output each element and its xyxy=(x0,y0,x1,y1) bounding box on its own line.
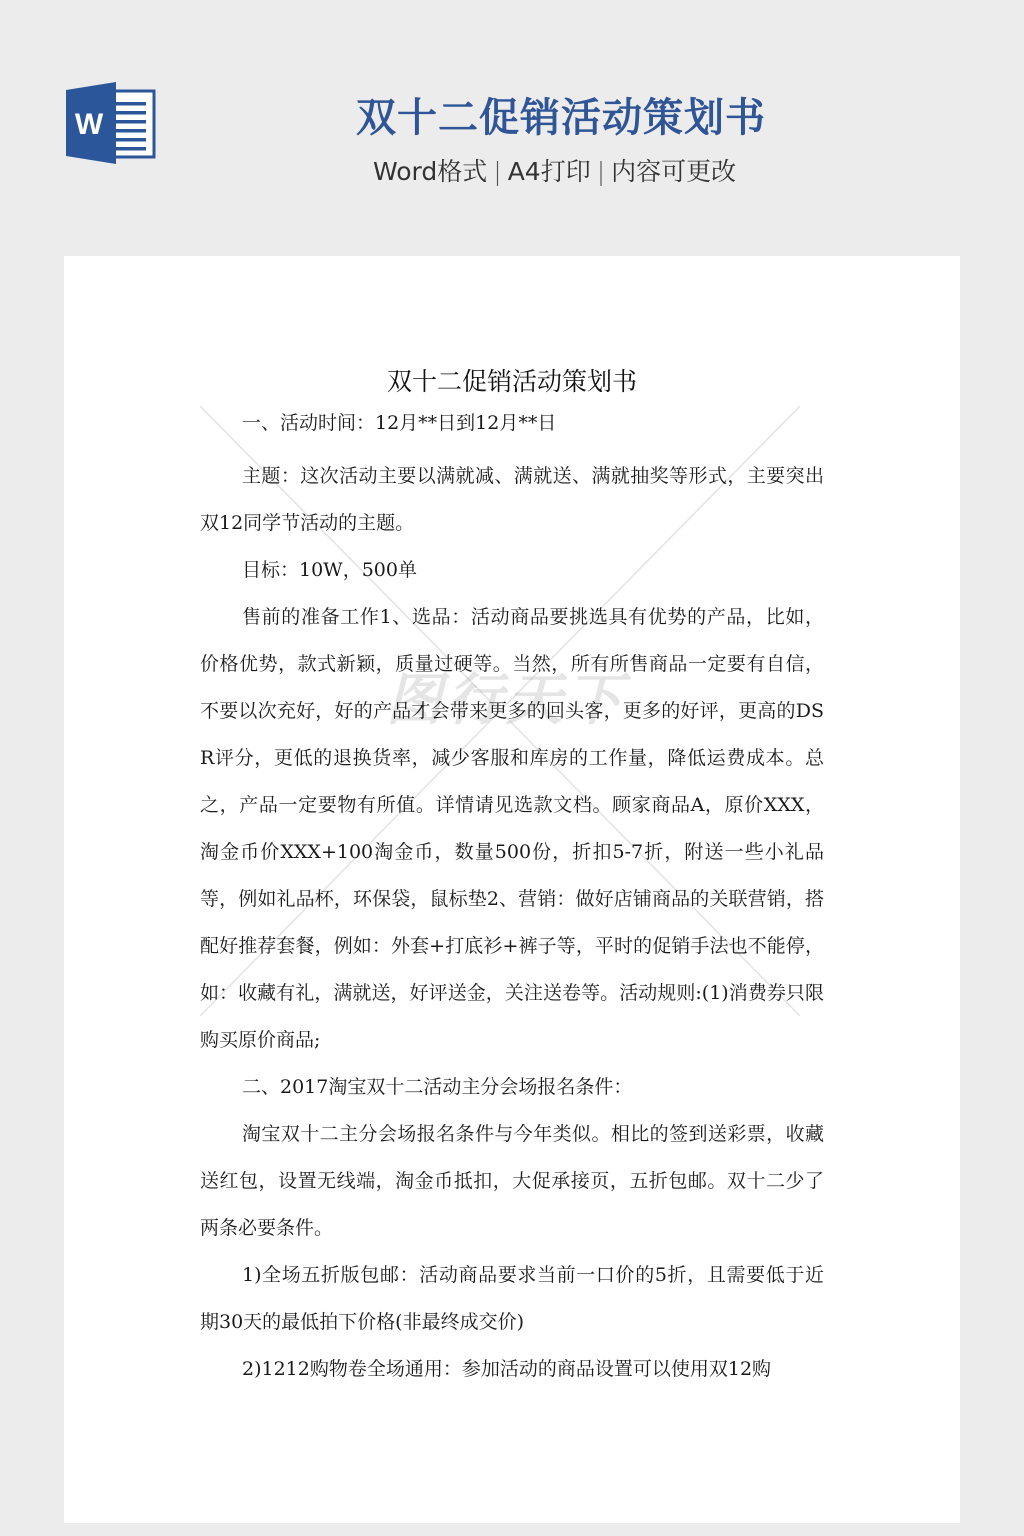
paragraph-condition-1: 1)全场五折版包邮：活动商品要求当前一口价的5折，且需要低于近期30天的最低拍下… xyxy=(200,1252,824,1346)
document-title: 双十二促销活动策划书 xyxy=(64,364,960,400)
paragraph-goal: 目标：10W，500单 xyxy=(200,547,824,594)
paragraph-section-two-heading: 二、2017淘宝双十二活动主分会场报名条件： xyxy=(200,1064,824,1111)
paragraph-condition-2: 2)1212购物卷全场通用：参加活动的商品设置可以使用双12购 xyxy=(200,1346,824,1393)
paragraph-theme: 主题：这次活动主要以满就减、满就送、满就抽奖等形式，主要突出双12同学节活动的主… xyxy=(200,453,824,547)
svg-text:W: W xyxy=(75,108,104,141)
subtitle-format: Word格式 xyxy=(373,157,487,186)
header-title: 双十二促销活动策划书 xyxy=(356,92,756,144)
subtitle-separator: | xyxy=(493,157,501,186)
subtitle-separator: | xyxy=(597,157,605,186)
subtitle-print: A4打印 xyxy=(508,157,591,186)
word-doc-icon: W xyxy=(64,82,156,164)
document-page: 图行天下 双十二促销活动策划书 一、活动时间：12月**日到12月**日 主题：… xyxy=(64,256,960,1523)
document-body: 一、活动时间：12月**日到12月**日 主题：这次活动主要以满就减、满就送、满… xyxy=(200,406,824,1393)
paragraph-preparation: 售前的准备工作1、选品：活动商品要挑选具有优势的产品，比如，价格优势，款式新颖，… xyxy=(200,594,824,1064)
header-subtitle: Word格式|A4打印|内容可更改 xyxy=(373,152,736,192)
paragraph-conditions: 淘宝双十二主分会场报名条件与今年类似。相比的签到送彩票，收藏送红包，设置无线端，… xyxy=(200,1111,824,1252)
subtitle-editable: 内容可更改 xyxy=(611,157,736,186)
paragraph-activity-time: 一、活动时间：12月**日到12月**日 xyxy=(200,406,824,440)
preview-header: W 双十二促销活动策划书 Word格式|A4打印|内容可更改 xyxy=(0,0,1024,256)
